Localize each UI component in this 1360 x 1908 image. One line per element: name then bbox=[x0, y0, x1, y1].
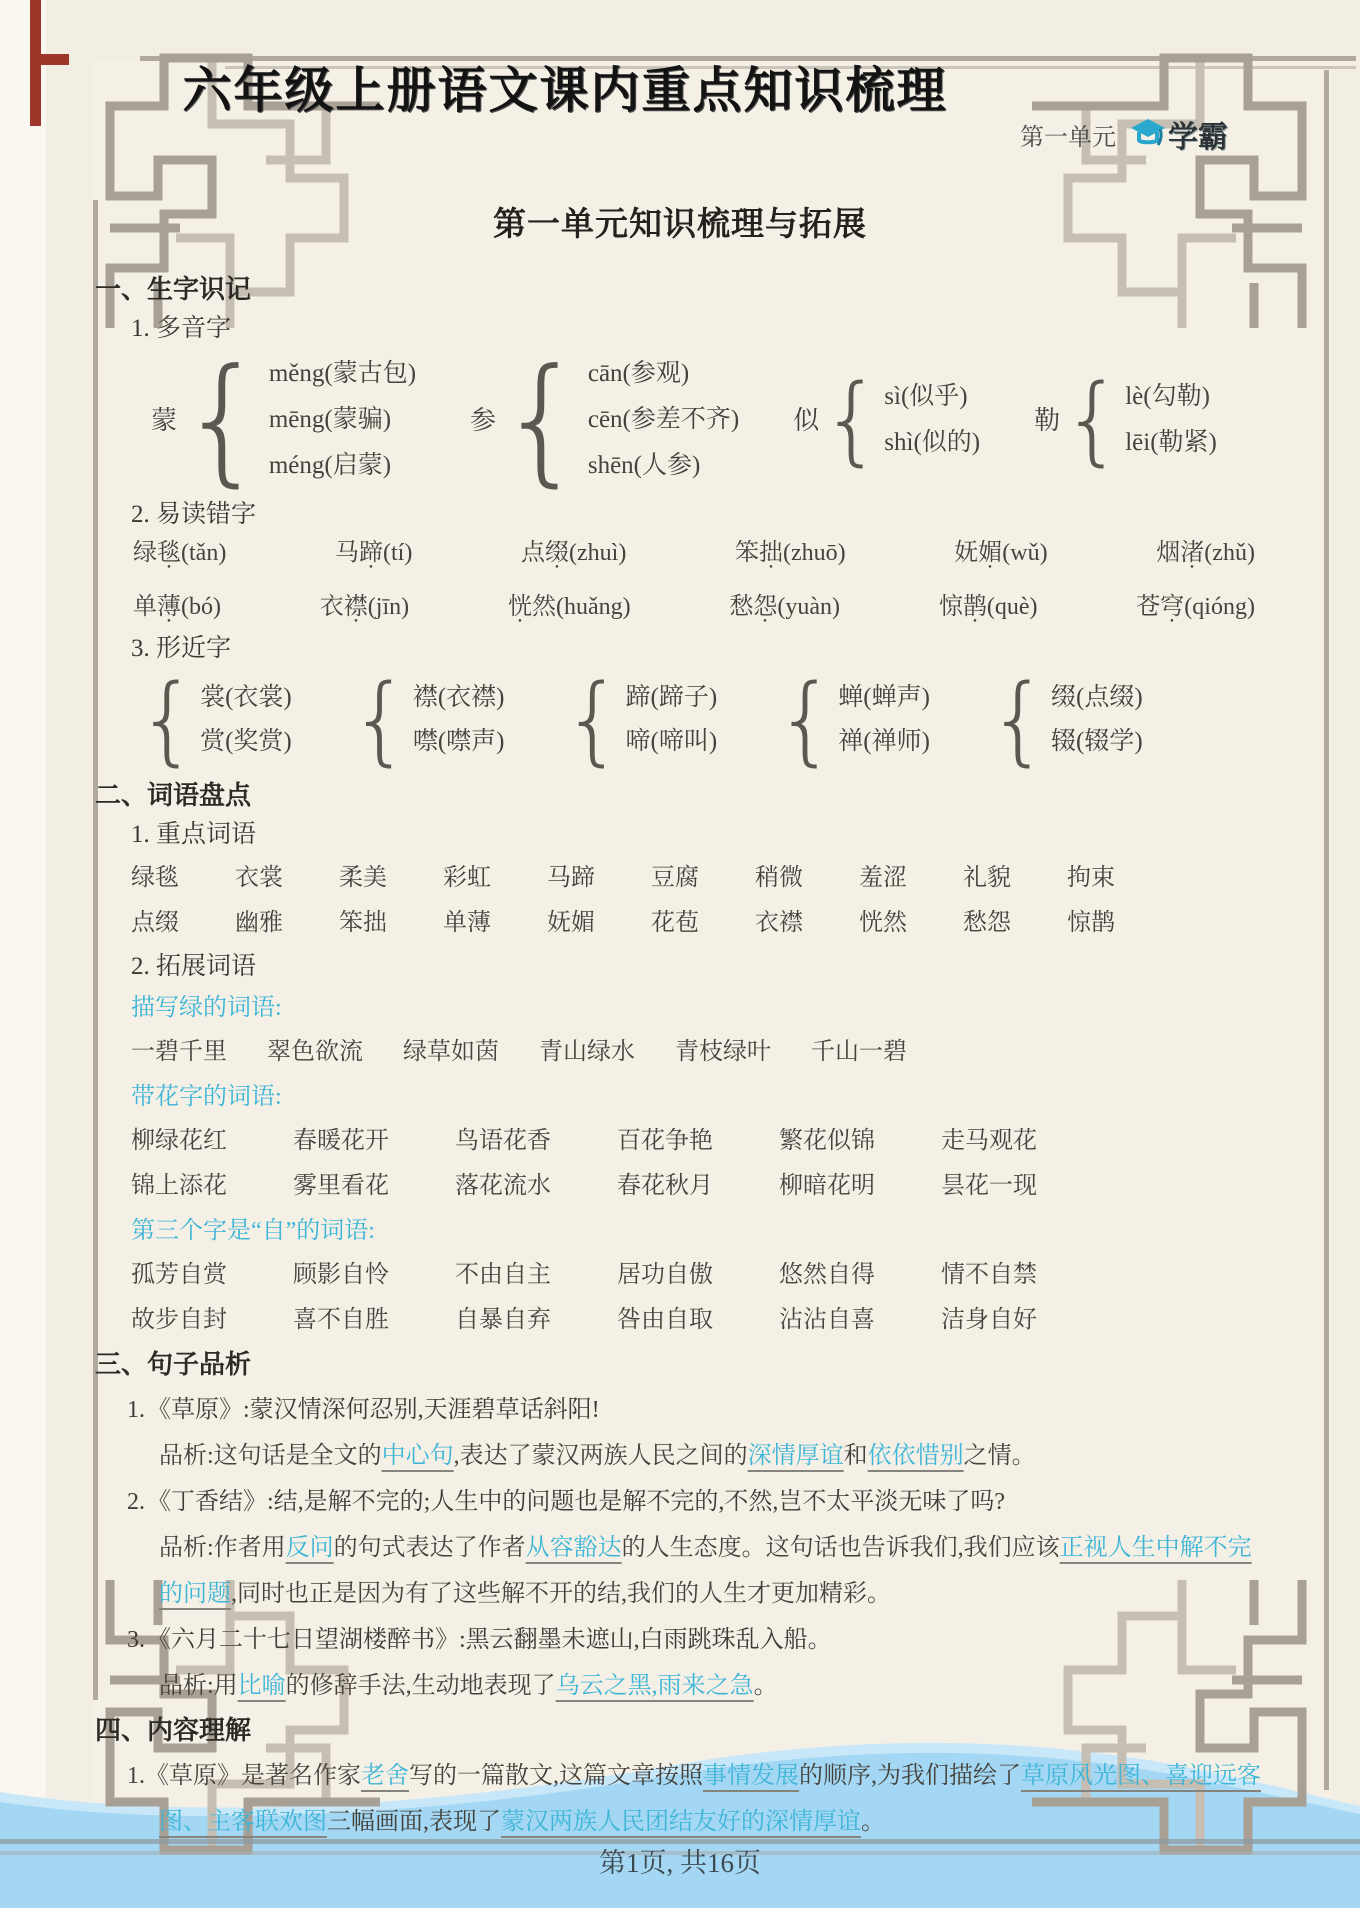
document-body: 一、生字识记 1. 多音字 蒙 měng(蒙古包) mēng(蒙骗) méng(… bbox=[95, 268, 1265, 1845]
similar-word: 襟(衣襟) bbox=[413, 676, 505, 720]
word: 妩媚 bbox=[547, 901, 595, 946]
word: 悠然自得 bbox=[779, 1253, 875, 1298]
word: 鸟语花香 bbox=[455, 1119, 551, 1164]
similar-word: 辍(辍学) bbox=[1051, 720, 1143, 764]
item-number: 1. bbox=[127, 1397, 145, 1423]
reading: shēn(人参) bbox=[588, 443, 739, 489]
word: 礼貌 bbox=[963, 856, 1011, 901]
brace-decoration bbox=[179, 351, 267, 489]
xueba-logo: 学霸 bbox=[1130, 112, 1228, 156]
word: 千山一碧 bbox=[811, 1030, 907, 1075]
misread-word: 惊鹊(què) bbox=[939, 592, 1038, 622]
polyphonic-char: 蒙 bbox=[151, 398, 177, 443]
brace-decoration bbox=[988, 672, 1049, 768]
word: 单薄 bbox=[443, 901, 491, 946]
flower-word-row: 柳绿花红 春暖花开 鸟语花香 百花争艳 繁花似锦 走马观花 bbox=[131, 1119, 1265, 1164]
polyphonic-char: 参 bbox=[470, 398, 496, 443]
analysis-line: 品析:作者用反问的句式表达了作者从容豁达的人生态度。这句话也告诉我们,我们应该正… bbox=[95, 1525, 1265, 1617]
brace-decoration bbox=[1062, 372, 1123, 468]
similar-char-row: 裳(衣裳) 赏(奖赏) 襟(衣襟) 噤(噤声) 蹄(蹄子) 啼(啼叫) bbox=[135, 672, 1265, 768]
misread-word: 点缀(zhuì) bbox=[521, 538, 626, 568]
word: 柳绿花红 bbox=[131, 1119, 227, 1164]
reading: měng(蒙古包) bbox=[269, 351, 416, 397]
word: 居功自傲 bbox=[617, 1253, 713, 1298]
self-word-row: 故步自封 喜不自胜 自暴自弃 咎由自取 沾沾自喜 洁身自好 bbox=[131, 1298, 1265, 1343]
section-3-heading: 三、句子品析 bbox=[95, 1347, 1265, 1381]
page-number-footer: 第1页, 共16页 bbox=[0, 1841, 1360, 1880]
unit-tag: 第一单元 bbox=[1020, 117, 1116, 152]
sentence-item: 1.《草原》:蒙汉情深何忍别,天涯碧草话斜阳! 品析:这句话是全文的中心句,表达… bbox=[95, 1387, 1265, 1479]
reading: sì(似乎) bbox=[884, 374, 980, 420]
misread-word: 恍然(huǎng) bbox=[508, 592, 631, 622]
unit-badge: 第一单元 学霸 bbox=[1020, 112, 1280, 156]
word: 雾里看花 bbox=[293, 1164, 389, 1209]
comprehension-item: 1.《草原》是著名作家老舍写的一篇散文,这篇文章按照事情发展的顺序,为我们描绘了… bbox=[95, 1753, 1265, 1845]
word: 惊鹊 bbox=[1067, 901, 1115, 946]
word: 花苞 bbox=[651, 901, 699, 946]
word: 笨拙 bbox=[339, 901, 387, 946]
word: 春花秋月 bbox=[617, 1164, 713, 1209]
similar-word: 噤(噤声) bbox=[413, 720, 505, 764]
reading: shì(似的) bbox=[884, 420, 980, 466]
word: 喜不自胜 bbox=[293, 1298, 389, 1343]
similar-char-group: 蝉(蝉声) 禅(禅师) bbox=[773, 672, 930, 768]
section-1-heading: 一、生字识记 bbox=[95, 272, 1265, 306]
item-number: 2. bbox=[127, 1489, 145, 1515]
flower-word-row: 锦上添花 雾里看花 落花流水 春花秋月 柳暗花明 昙花一现 bbox=[131, 1164, 1265, 1209]
subsection-misread: 2. 易读错字 bbox=[131, 498, 1265, 532]
reading: cēn(参差不齐) bbox=[588, 397, 739, 443]
word: 百花争艳 bbox=[617, 1119, 713, 1164]
quote-text: 《丁香结》:结,是解不完的;人生中的问题也是解不完的,不然,岂不太平淡无味了吗? bbox=[147, 1489, 1005, 1515]
word: 繁花似锦 bbox=[779, 1119, 875, 1164]
similar-word: 蝉(蝉声) bbox=[838, 676, 930, 720]
page-subtitle: 第一单元知识梳理与拓展 bbox=[150, 198, 1210, 245]
misread-word: 烟渚(zhǔ) bbox=[1156, 538, 1255, 568]
word: 昙花一现 bbox=[941, 1164, 1037, 1209]
page-title: 六年级上册语文课内重点知识梳理 bbox=[150, 52, 980, 122]
self-word-row: 孤芳自赏 顾影自怜 不由自主 居功自傲 悠然自得 情不自禁 bbox=[131, 1253, 1265, 1298]
item-number: 3. bbox=[127, 1627, 145, 1653]
similar-char-group: 缀(点缀) 辍(辍学) bbox=[986, 672, 1143, 768]
word: 幽雅 bbox=[235, 901, 283, 946]
word: 咎由自取 bbox=[617, 1298, 713, 1343]
analysis-line: 品析:这句话是全文的中心句,表达了蒙汉两族人民之间的深情厚谊和依依惜别之情。 bbox=[95, 1433, 1265, 1479]
green-words-label: 描写绿的词语: bbox=[131, 988, 1265, 1028]
word: 孤芳自赏 bbox=[131, 1253, 227, 1298]
quote-text: 《草原》:蒙汉情深何忍别,天涯碧草话斜阳! bbox=[147, 1397, 600, 1423]
quote-text: 《六月二十七日望湖楼醉书》:黑云翻墨未遮山,白雨跳珠乱入船。 bbox=[147, 1627, 832, 1653]
quote-line: 1.《草原》:蒙汉情深何忍别,天涯碧草话斜阳! bbox=[95, 1387, 1265, 1433]
word: 恍然 bbox=[859, 901, 907, 946]
word: 点缀 bbox=[131, 901, 179, 946]
misread-word: 绿毯(tǎn) bbox=[133, 538, 226, 568]
similar-word: 禅(禅师) bbox=[838, 720, 930, 764]
subsection-extended-words: 2. 拓展词语 bbox=[131, 950, 1265, 984]
word: 沾沾自喜 bbox=[779, 1298, 875, 1343]
polyphonic-char: 勒 bbox=[1034, 398, 1060, 443]
word: 柔美 bbox=[339, 856, 387, 901]
word: 青山绿水 bbox=[539, 1030, 635, 1075]
similar-word: 裳(衣裳) bbox=[200, 676, 292, 720]
word: 春暖花开 bbox=[293, 1119, 389, 1164]
brace-decoration bbox=[498, 351, 586, 489]
misread-word: 衣襟(jīn) bbox=[320, 592, 409, 622]
word: 愁怨 bbox=[963, 901, 1011, 946]
misread-word: 笨拙(zhuō) bbox=[735, 538, 846, 568]
sentence-item: 2.《丁香结》:结,是解不完的;人生中的问题也是解不完的,不然,岂不太平淡无味了… bbox=[95, 1479, 1265, 1617]
section-2-heading: 二、词语盘点 bbox=[95, 778, 1265, 812]
subsection-similar: 3. 形近字 bbox=[131, 632, 1265, 666]
brace-decoration bbox=[137, 672, 198, 768]
brace-decoration bbox=[775, 672, 836, 768]
word: 翠色欲流 bbox=[267, 1030, 363, 1075]
word: 绿毯 bbox=[131, 856, 179, 901]
similar-word: 啼(啼叫) bbox=[626, 720, 718, 764]
misread-word-row: 绿毯(tǎn) 马蹄(tí) 点缀(zhuì) 笨拙(zhuō) 妩媚(wǔ) … bbox=[133, 538, 1255, 568]
word: 不由自主 bbox=[455, 1253, 551, 1298]
section-4-heading: 四、内容理解 bbox=[95, 1713, 1265, 1747]
sentence-item: 3.《六月二十七日望湖楼醉书》:黑云翻墨未遮山,白雨跳珠乱入船。 品析:用比喻的… bbox=[95, 1617, 1265, 1709]
self-words-label: 第三个字是“自”的词语: bbox=[131, 1211, 1265, 1251]
misread-word: 愁怨(yuàn) bbox=[729, 592, 840, 622]
word: 一碧千里 bbox=[131, 1030, 227, 1075]
similar-char-group: 裳(衣裳) 赏(奖赏) bbox=[135, 672, 292, 768]
analysis-line: 品析:用比喻的修辞手法,生动地表现了乌云之黑,雨来之急。 bbox=[95, 1663, 1265, 1709]
subsection-key-words: 1. 重点词语 bbox=[131, 818, 1265, 852]
misread-word: 单薄(bó) bbox=[133, 592, 221, 622]
key-word-row: 绿毯 衣裳 柔美 彩虹 马蹄 豆腐 稍微 羞涩 礼貌 拘束 bbox=[131, 856, 1265, 901]
reading: lēi(勒紧) bbox=[1125, 420, 1217, 466]
word: 绿草如茵 bbox=[403, 1030, 499, 1075]
polyphonic-group-can: 参 cān(参观) cēn(参差不齐) shēn(人参) bbox=[470, 351, 739, 489]
word: 故步自封 bbox=[131, 1298, 227, 1343]
word: 青枝绿叶 bbox=[675, 1030, 771, 1075]
word: 顾影自怜 bbox=[293, 1253, 389, 1298]
flower-words-label: 带花字的词语: bbox=[131, 1077, 1265, 1117]
similar-word: 赏(奖赏) bbox=[200, 720, 292, 764]
similar-word: 缀(点缀) bbox=[1051, 676, 1143, 720]
similar-word: 蹄(蹄子) bbox=[626, 676, 718, 720]
word: 走马观花 bbox=[941, 1119, 1037, 1164]
polyphonic-group-le: 勒 lè(勾勒) lēi(勒紧) bbox=[1034, 372, 1217, 468]
word: 锦上添花 bbox=[131, 1164, 227, 1209]
word: 豆腐 bbox=[651, 856, 699, 901]
polyphonic-group-meng: 蒙 měng(蒙古包) mēng(蒙骗) méng(启蒙) bbox=[151, 351, 416, 489]
word: 衣裳 bbox=[235, 856, 283, 901]
reading: cān(参观) bbox=[588, 351, 739, 397]
polyphonic-group-si: 似 sì(似乎) shì(似的) bbox=[793, 372, 980, 468]
worksheet-page: 六年级上册语文课内重点知识梳理 第一单元 学霸 第一单元知识梳理与拓展 一、生字… bbox=[0, 0, 1360, 1908]
word: 衣襟 bbox=[755, 901, 803, 946]
word: 自暴自弃 bbox=[455, 1298, 551, 1343]
word: 马蹄 bbox=[547, 856, 595, 901]
graduation-cap-icon bbox=[1130, 117, 1166, 151]
reading: lè(勾勒) bbox=[1125, 374, 1217, 420]
polyphonic-char: 似 bbox=[793, 398, 819, 443]
misread-word: 妩媚(wǔ) bbox=[954, 538, 1047, 568]
word: 拘束 bbox=[1067, 856, 1115, 901]
misread-word-row: 单薄(bó) 衣襟(jīn) 恍然(huǎng) 愁怨(yuàn) 惊鹊(què… bbox=[133, 592, 1255, 622]
misread-word: 苍穹(qióng) bbox=[1136, 592, 1255, 622]
key-word-row: 点缀 幽雅 笨拙 单薄 妩媚 花苞 衣襟 恍然 愁怨 惊鹊 bbox=[131, 901, 1265, 946]
similar-char-group: 蹄(蹄子) 啼(啼叫) bbox=[560, 672, 717, 768]
word: 落花流水 bbox=[455, 1164, 551, 1209]
misread-word: 马蹄(tí) bbox=[335, 538, 412, 568]
subsection-polyphonic: 1. 多音字 bbox=[131, 312, 1265, 346]
brace-decoration bbox=[821, 372, 882, 468]
polyphonic-row: 蒙 měng(蒙古包) mēng(蒙骗) méng(启蒙) 参 cān(参观) … bbox=[151, 350, 1265, 490]
quote-line: 3.《六月二十七日望湖楼醉书》:黑云翻墨未遮山,白雨跳珠乱入船。 bbox=[95, 1617, 1265, 1663]
word: 彩虹 bbox=[443, 856, 491, 901]
green-word-row: 一碧千里 翠色欲流 绿草如茵 青山绿水 青枝绿叶 千山一碧 bbox=[131, 1030, 1265, 1075]
word: 羞涩 bbox=[859, 856, 907, 901]
brand-name: 学霸 bbox=[1168, 112, 1228, 156]
quote-line: 2.《丁香结》:结,是解不完的;人生中的问题也是解不完的,不然,岂不太平淡无味了… bbox=[95, 1479, 1265, 1525]
word: 稍微 bbox=[755, 856, 803, 901]
similar-char-group: 襟(衣襟) 噤(噤声) bbox=[348, 672, 505, 768]
word: 情不自禁 bbox=[941, 1253, 1037, 1298]
brace-decoration bbox=[562, 672, 623, 768]
word: 洁身自好 bbox=[941, 1298, 1037, 1343]
reading: mēng(蒙骗) bbox=[269, 397, 416, 443]
word: 柳暗花明 bbox=[779, 1164, 875, 1209]
brace-decoration bbox=[350, 672, 411, 768]
reading: méng(启蒙) bbox=[269, 443, 416, 489]
